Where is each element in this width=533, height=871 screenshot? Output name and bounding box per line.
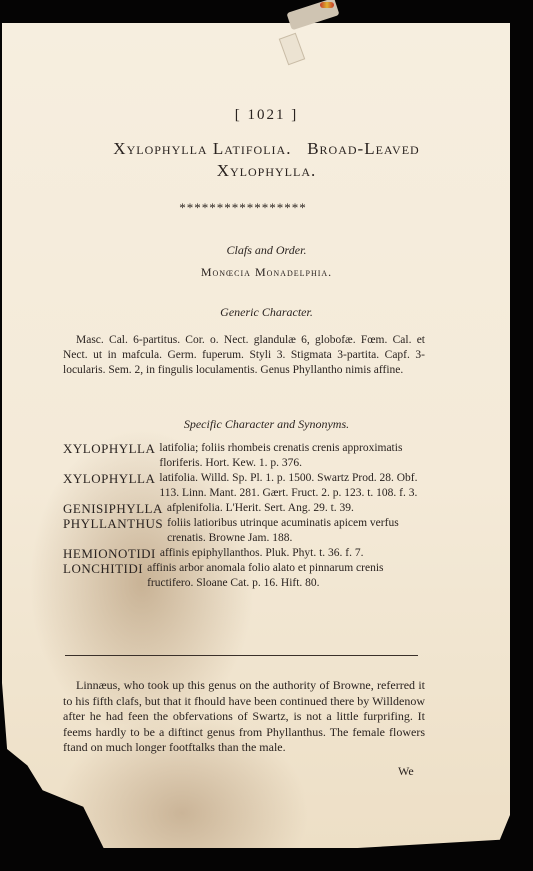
synonym-list: XYLOPHYLLA latifolia; foliis rhombeis cr… — [63, 441, 425, 591]
class-order-value: Monœcia Monadelphia. — [0, 265, 533, 280]
ornament-divider: ***************** — [0, 200, 486, 216]
synonym-entry: LONCHITIDI affinis arbor anomala folio a… — [63, 561, 425, 591]
synonym-genus: XYLOPHYLLA — [63, 471, 159, 501]
synonym-genus: HEMIONOTIDI — [63, 546, 160, 561]
synonym-genus: GENISIPHYLLA — [63, 501, 167, 516]
title-line-1: Xylophylla Latifolia. Broad-Leaved — [0, 138, 533, 160]
synonym-genus: PHYLLANTHUS — [63, 516, 167, 546]
page-title: Xylophylla Latifolia. Broad-Leaved Xylop… — [0, 138, 533, 182]
synonym-entry: HEMIONOTIDI affinis epiphyllanthos. Pluk… — [63, 546, 425, 561]
synonym-entry: XYLOPHYLLA latifolia; foliis rhombeis cr… — [63, 441, 425, 471]
synonym-entry: GENISIPHYLLA afplenifolia. L'Herit. Sert… — [63, 501, 425, 516]
generic-character-text: Masc. Cal. 6-partitus. Cor. o. Nect. gla… — [63, 333, 425, 378]
catchword: We — [398, 764, 414, 779]
class-order-heading: Clafs and Order. — [0, 243, 533, 258]
body-paragraph: Linnæus, who took up this genus on the a… — [63, 678, 425, 756]
specific-character-heading: Specific Character and Synonyms. — [0, 417, 533, 432]
synonym-text: foliis latioribus utrinque acuminatis ap… — [167, 516, 425, 546]
generic-character-heading: Generic Character. — [0, 305, 533, 320]
synonym-entry: PHYLLANTHUS foliis latioribus utrinque a… — [63, 516, 425, 546]
synonym-text: affinis epiphyllanthos. Pluk. Phyt. t. 3… — [160, 546, 425, 561]
synonym-text: latifolia; foliis rhombeis crenatis cren… — [159, 441, 425, 471]
synonym-genus: XYLOPHYLLA — [63, 441, 159, 471]
title-line-2: Xylophylla. — [0, 160, 533, 182]
synonym-entry: XYLOPHYLLA latifolia. Willd. Sp. Pl. 1. … — [63, 471, 425, 501]
tab-marker — [320, 2, 334, 8]
section-divider — [65, 655, 418, 656]
synonym-genus: LONCHITIDI — [63, 561, 147, 591]
synonym-text: latifolia. Willd. Sp. Pl. 1. p. 1500. Sw… — [159, 471, 425, 501]
synonym-text: afplenifolia. L'Herit. Sert. Ang. 29. t.… — [167, 501, 425, 516]
synonym-text: affinis arbor anomala folio alato et pin… — [147, 561, 425, 591]
page-number: [ 1021 ] — [0, 107, 533, 124]
